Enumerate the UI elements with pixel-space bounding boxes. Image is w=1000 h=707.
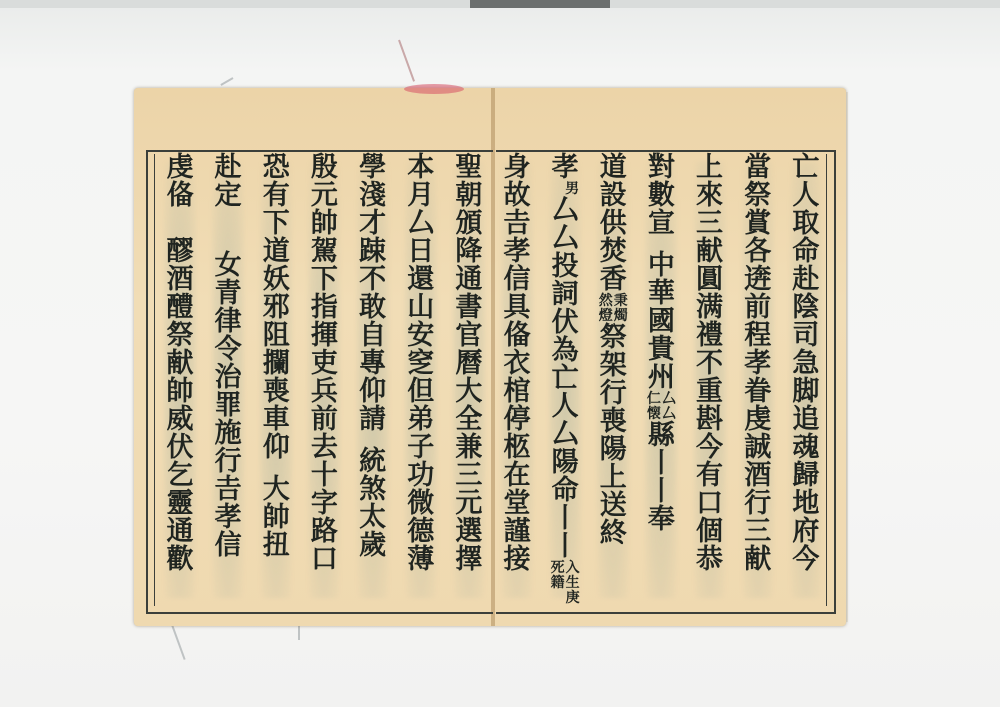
glyph: 投 bbox=[552, 253, 579, 281]
red-stamp-mark bbox=[404, 84, 464, 94]
glyph: 通 bbox=[167, 518, 194, 546]
glyph: 道 bbox=[600, 154, 627, 182]
glyph: 淺 bbox=[359, 182, 386, 210]
glyph: 恐 bbox=[263, 154, 290, 182]
glyph: 扭 bbox=[263, 532, 290, 560]
glyph: 府 bbox=[792, 518, 819, 546]
glyph: 帥 bbox=[311, 210, 338, 238]
glyph: 元 bbox=[311, 182, 338, 210]
glyph: 厶 bbox=[552, 225, 579, 253]
glyph: 曆 bbox=[455, 350, 482, 378]
glyph: 在 bbox=[503, 462, 530, 490]
glyph: 喪 bbox=[600, 408, 627, 436]
glyph: 命 bbox=[552, 477, 579, 505]
glyph: 故 bbox=[503, 182, 530, 210]
text-column: 當祭賞各逩前程孝眷虔誠酒行三献 bbox=[736, 154, 780, 606]
glyph: 中 bbox=[648, 252, 675, 280]
glyph: 丨 bbox=[648, 450, 675, 478]
text-column: 虔俻𩆞醪酒醴祭献帥威伏乞靈通歡 bbox=[158, 154, 202, 606]
glyph: 逩 bbox=[744, 266, 771, 294]
glyph: 满 bbox=[696, 294, 723, 322]
glyph: 女 bbox=[215, 252, 242, 280]
glyph: 全 bbox=[455, 406, 482, 434]
glyph: 朝 bbox=[455, 182, 482, 210]
note-glyph: 秉 bbox=[614, 294, 628, 309]
glyph: 治 bbox=[215, 364, 242, 392]
glyph: 律 bbox=[215, 308, 242, 336]
glyph: 虔 bbox=[167, 154, 194, 182]
glyph: 對 bbox=[648, 154, 675, 182]
glyph: 司 bbox=[792, 322, 819, 350]
glyph: 棺 bbox=[503, 378, 530, 406]
glyph: 重 bbox=[696, 378, 723, 406]
glyph: 衣 bbox=[503, 350, 530, 378]
glyph: 献 bbox=[696, 238, 723, 266]
glyph: 魂 bbox=[792, 434, 819, 462]
glyph: 酒 bbox=[167, 266, 194, 294]
glyph: 為 bbox=[552, 337, 579, 365]
glyph: 供 bbox=[600, 210, 627, 238]
glyph: 薄 bbox=[407, 546, 434, 574]
glyph: 擇 bbox=[455, 546, 482, 574]
glyph: 献 bbox=[744, 546, 771, 574]
glyph: 接 bbox=[503, 546, 530, 574]
glyph: 地 bbox=[792, 490, 819, 518]
glyph: 仰 bbox=[263, 434, 290, 462]
glyph: 行 bbox=[600, 380, 627, 408]
glyph: 虔 bbox=[744, 406, 771, 434]
glyph: 祭 bbox=[600, 324, 627, 352]
glyph: 厶 bbox=[552, 197, 579, 225]
glyph: 兼 bbox=[455, 434, 482, 462]
glyph: 書 bbox=[455, 294, 482, 322]
glyph: 醪 bbox=[167, 238, 194, 266]
glyph: 終 bbox=[600, 520, 627, 548]
glyph: 貴 bbox=[648, 336, 675, 364]
glyph: 陽 bbox=[600, 436, 627, 464]
glyph: 急 bbox=[792, 350, 819, 378]
glyph: 窆 bbox=[407, 350, 434, 378]
glyph: 道 bbox=[263, 238, 290, 266]
glyph: 攔 bbox=[263, 350, 290, 378]
glyph: 選 bbox=[455, 518, 482, 546]
glyph: 行 bbox=[215, 448, 242, 476]
text-column: 上來三献圓满禮不重斟今有口個恭 bbox=[688, 154, 732, 606]
scanner-edge bbox=[0, 0, 1000, 8]
glyph: 前 bbox=[744, 294, 771, 322]
glyph: 但 bbox=[407, 378, 434, 406]
glyph: 定 bbox=[215, 182, 242, 210]
glyph: 斟 bbox=[696, 406, 723, 434]
glyph: 邪 bbox=[263, 294, 290, 322]
note-glyph: 籍 bbox=[551, 576, 565, 591]
glyph: 口 bbox=[311, 546, 338, 574]
glyph: 路 bbox=[311, 518, 338, 546]
glyph: 數 bbox=[648, 182, 675, 210]
glyph: 赴 bbox=[792, 266, 819, 294]
glyph: 才 bbox=[359, 210, 386, 238]
binding-thread bbox=[398, 40, 415, 82]
glyph: 殷 bbox=[311, 154, 338, 182]
note-glyph: 然 bbox=[599, 294, 613, 309]
glyph: 華 bbox=[648, 280, 675, 308]
glyph: 降 bbox=[455, 238, 482, 266]
glyph: 微 bbox=[407, 490, 434, 518]
glyph: 十 bbox=[311, 462, 338, 490]
glyph: 詞 bbox=[552, 281, 579, 309]
glyph: 德 bbox=[407, 518, 434, 546]
glyph: 元 bbox=[455, 490, 482, 518]
glyph: 阻 bbox=[263, 322, 290, 350]
glyph: 統 bbox=[359, 448, 386, 476]
glyph: 誠 bbox=[744, 434, 771, 462]
glyph: 聖 bbox=[455, 154, 482, 182]
glyph: 献 bbox=[167, 350, 194, 378]
glyph: 圓 bbox=[696, 266, 723, 294]
glyph: 學 bbox=[359, 154, 386, 182]
glyph: 下 bbox=[311, 266, 338, 294]
glyph: 厶 bbox=[552, 421, 579, 449]
glyph: 當 bbox=[744, 154, 771, 182]
glyph: 還 bbox=[407, 266, 434, 294]
text-column: 聖朝頒降通書官曆大全兼三元選擇 bbox=[447, 154, 491, 606]
glyph: 陰 bbox=[792, 294, 819, 322]
glyph: 指 bbox=[311, 294, 338, 322]
glyph: 程 bbox=[744, 322, 771, 350]
glyph: 丨 bbox=[552, 533, 579, 561]
glyph: 歲 bbox=[359, 532, 386, 560]
glyph: 祭 bbox=[167, 322, 194, 350]
note-glyph: 生 bbox=[566, 576, 580, 591]
glyph: 酒 bbox=[744, 462, 771, 490]
glyph: 下 bbox=[263, 210, 290, 238]
glyph: 三 bbox=[744, 518, 771, 546]
glyph: 大 bbox=[263, 476, 290, 504]
glyph: 帥 bbox=[167, 378, 194, 406]
text-column: 本月厶日還山安窆但弟子功微德薄 bbox=[399, 154, 443, 606]
glyph: 青 bbox=[215, 280, 242, 308]
glyph: 各 bbox=[744, 238, 771, 266]
glyph: 追 bbox=[792, 406, 819, 434]
glyph: 弟 bbox=[407, 406, 434, 434]
text-column: 亡人取命赴陰司急脚追魂歸地府今 bbox=[784, 154, 828, 606]
text-column: 殷元帥駕下指揮吏兵前去十字路口 bbox=[302, 154, 346, 606]
glyph: 頒 bbox=[455, 210, 482, 238]
glyph: 功 bbox=[407, 462, 434, 490]
glyph: 自 bbox=[359, 322, 386, 350]
glyph: 車 bbox=[263, 406, 290, 434]
glyph: 本 bbox=[407, 154, 434, 182]
glyph: 身 bbox=[503, 154, 530, 182]
glyph: 架 bbox=[600, 352, 627, 380]
glyph: 揮 bbox=[311, 322, 338, 350]
glyph: 上 bbox=[696, 154, 723, 182]
glyph: 俻 bbox=[167, 182, 194, 210]
glyph: 賞 bbox=[744, 210, 771, 238]
glyph: 丨 bbox=[552, 505, 579, 533]
interlinear-note: 秉燭然燈 bbox=[599, 294, 628, 324]
glyph: 奉 bbox=[648, 506, 675, 534]
glyph: 請 bbox=[359, 406, 386, 434]
inner-rule-left bbox=[154, 154, 155, 606]
glyph: 命 bbox=[792, 238, 819, 266]
glyph: 孝 bbox=[552, 154, 579, 182]
glyph: 上 bbox=[600, 464, 627, 492]
glyph: 有 bbox=[263, 182, 290, 210]
glyph: 官 bbox=[455, 322, 482, 350]
glyph: 妖 bbox=[263, 266, 290, 294]
glyph: 踈 bbox=[359, 238, 386, 266]
text-column: 身故𠮷孝信具俻衣棺停柩在堂謹接 bbox=[495, 154, 539, 606]
glyph: 具 bbox=[503, 294, 530, 322]
glyph: 柩 bbox=[503, 434, 530, 462]
glyph: 三 bbox=[455, 462, 482, 490]
glyph: 恭 bbox=[696, 546, 723, 574]
text-column: 赴定𢘏女青律令治罪施行𠮷孝信 bbox=[206, 154, 250, 606]
glyph: 州 bbox=[648, 364, 675, 392]
interlinear-note: 厶厶仁懐 bbox=[647, 392, 676, 422]
note-glyph: 仁 bbox=[647, 392, 661, 407]
glyph: 設 bbox=[600, 182, 627, 210]
glyph: 俻 bbox=[503, 322, 530, 350]
glyph: 孝 bbox=[215, 504, 242, 532]
glyph: 字 bbox=[311, 490, 338, 518]
glyph: 丨 bbox=[648, 478, 675, 506]
note-glyph: 死 bbox=[551, 561, 565, 576]
glyph: 香 bbox=[600, 266, 627, 294]
glyph: 亡 bbox=[792, 154, 819, 182]
glyph: 眷 bbox=[744, 378, 771, 406]
glyph: 口 bbox=[696, 490, 723, 518]
glyph: 行 bbox=[744, 490, 771, 518]
glyph: 送 bbox=[600, 492, 627, 520]
glyph: 三 bbox=[696, 210, 723, 238]
glyph: 宣 bbox=[648, 210, 675, 238]
glyph: 日 bbox=[407, 238, 434, 266]
glyph: 祭 bbox=[744, 182, 771, 210]
glyph: 人 bbox=[792, 182, 819, 210]
interlinear-note: 入生庚死籍 bbox=[551, 561, 580, 606]
note-glyph: 入 bbox=[566, 561, 580, 576]
glyph: 煞 bbox=[359, 476, 386, 504]
glyph: 子 bbox=[407, 434, 434, 462]
glyph: 陽 bbox=[552, 449, 579, 477]
glyph: 孝 bbox=[744, 350, 771, 378]
glyph: 禮 bbox=[696, 322, 723, 350]
glyph: 通 bbox=[455, 266, 482, 294]
text-column: 對數宣中華國貴州厶厶仁懐縣丨丨奉 bbox=[639, 154, 683, 606]
glyph: 乞 bbox=[167, 462, 194, 490]
glyph: 吏 bbox=[311, 350, 338, 378]
glyph: 𠮷 bbox=[215, 476, 242, 504]
text-body: 亡人取命赴陰司急脚追魂歸地府今當祭賞各逩前程孝眷虔誠酒行三献上來三献圓满禮不重斟… bbox=[158, 154, 828, 606]
glyph: 施 bbox=[215, 420, 242, 448]
glyph: 靈 bbox=[167, 490, 194, 518]
glyph: 孝 bbox=[503, 238, 530, 266]
glyph: 有 bbox=[696, 462, 723, 490]
glyph: 罪 bbox=[215, 392, 242, 420]
glyph: 今 bbox=[792, 546, 819, 574]
glyph: 專 bbox=[359, 350, 386, 378]
glyph: 威 bbox=[167, 406, 194, 434]
glyph: 駕 bbox=[311, 238, 338, 266]
glyph: 去 bbox=[311, 434, 338, 462]
glyph: 不 bbox=[696, 350, 723, 378]
glyph: 焚 bbox=[600, 238, 627, 266]
glyph: 亡 bbox=[552, 365, 579, 393]
text-column: 恐有下道妖邪阻攔喪車仰大帥扭 bbox=[254, 154, 298, 606]
glyph: 仰 bbox=[359, 378, 386, 406]
glyph: 堂 bbox=[503, 490, 530, 518]
glyph: 來 bbox=[696, 182, 723, 210]
glyph: 國 bbox=[648, 308, 675, 336]
glyph: 不 bbox=[359, 266, 386, 294]
glyph: 歸 bbox=[792, 462, 819, 490]
glyph: 敢 bbox=[359, 294, 386, 322]
scanner-shadow bbox=[470, 0, 610, 8]
glyph: 取 bbox=[792, 210, 819, 238]
glyph: 兵 bbox=[311, 378, 338, 406]
glyph: 伏 bbox=[552, 309, 579, 337]
glyph: 月 bbox=[407, 182, 434, 210]
glyph: 信 bbox=[215, 532, 242, 560]
glyph: 伏 bbox=[167, 434, 194, 462]
glyph: 縣 bbox=[648, 422, 675, 450]
note-glyph: 庚 bbox=[566, 591, 580, 606]
glyph: 前 bbox=[311, 406, 338, 434]
glyph: 信 bbox=[503, 266, 530, 294]
glyph: 𠮷 bbox=[503, 210, 530, 238]
glyph: 山 bbox=[407, 294, 434, 322]
text-column: 孝男厶厶投詞伏為亡人厶陽命丨丨入生庚死籍 bbox=[543, 154, 587, 606]
binding-thread bbox=[170, 622, 186, 660]
text-column: 道設供焚香秉燭然燈祭架行喪陽上送終 bbox=[591, 154, 635, 606]
glyph: 個 bbox=[696, 518, 723, 546]
binding-thread bbox=[220, 77, 233, 86]
glyph: 令 bbox=[215, 336, 242, 364]
glyph: 人 bbox=[552, 393, 579, 421]
glyph: 謹 bbox=[503, 518, 530, 546]
glyph: 今 bbox=[696, 434, 723, 462]
text-column: 學淺才踈不敢自專仰請統煞太歲 bbox=[351, 154, 395, 606]
glyph: 停 bbox=[503, 406, 530, 434]
glyph: 歡 bbox=[167, 546, 194, 574]
glyph: 大 bbox=[455, 378, 482, 406]
glyph: 喪 bbox=[263, 378, 290, 406]
glyph: 帥 bbox=[263, 504, 290, 532]
glyph: 安 bbox=[407, 322, 434, 350]
open-book: 亡人取命赴陰司急脚追魂歸地府今當祭賞各逩前程孝眷虔誠酒行三献上來三献圓满禮不重斟… bbox=[134, 88, 846, 626]
glyph: 太 bbox=[359, 504, 386, 532]
glyph: 厶 bbox=[407, 210, 434, 238]
note-glyph: 厶 bbox=[662, 392, 676, 407]
glyph: 醴 bbox=[167, 294, 194, 322]
glyph: 赴 bbox=[215, 154, 242, 182]
glyph: 脚 bbox=[792, 378, 819, 406]
